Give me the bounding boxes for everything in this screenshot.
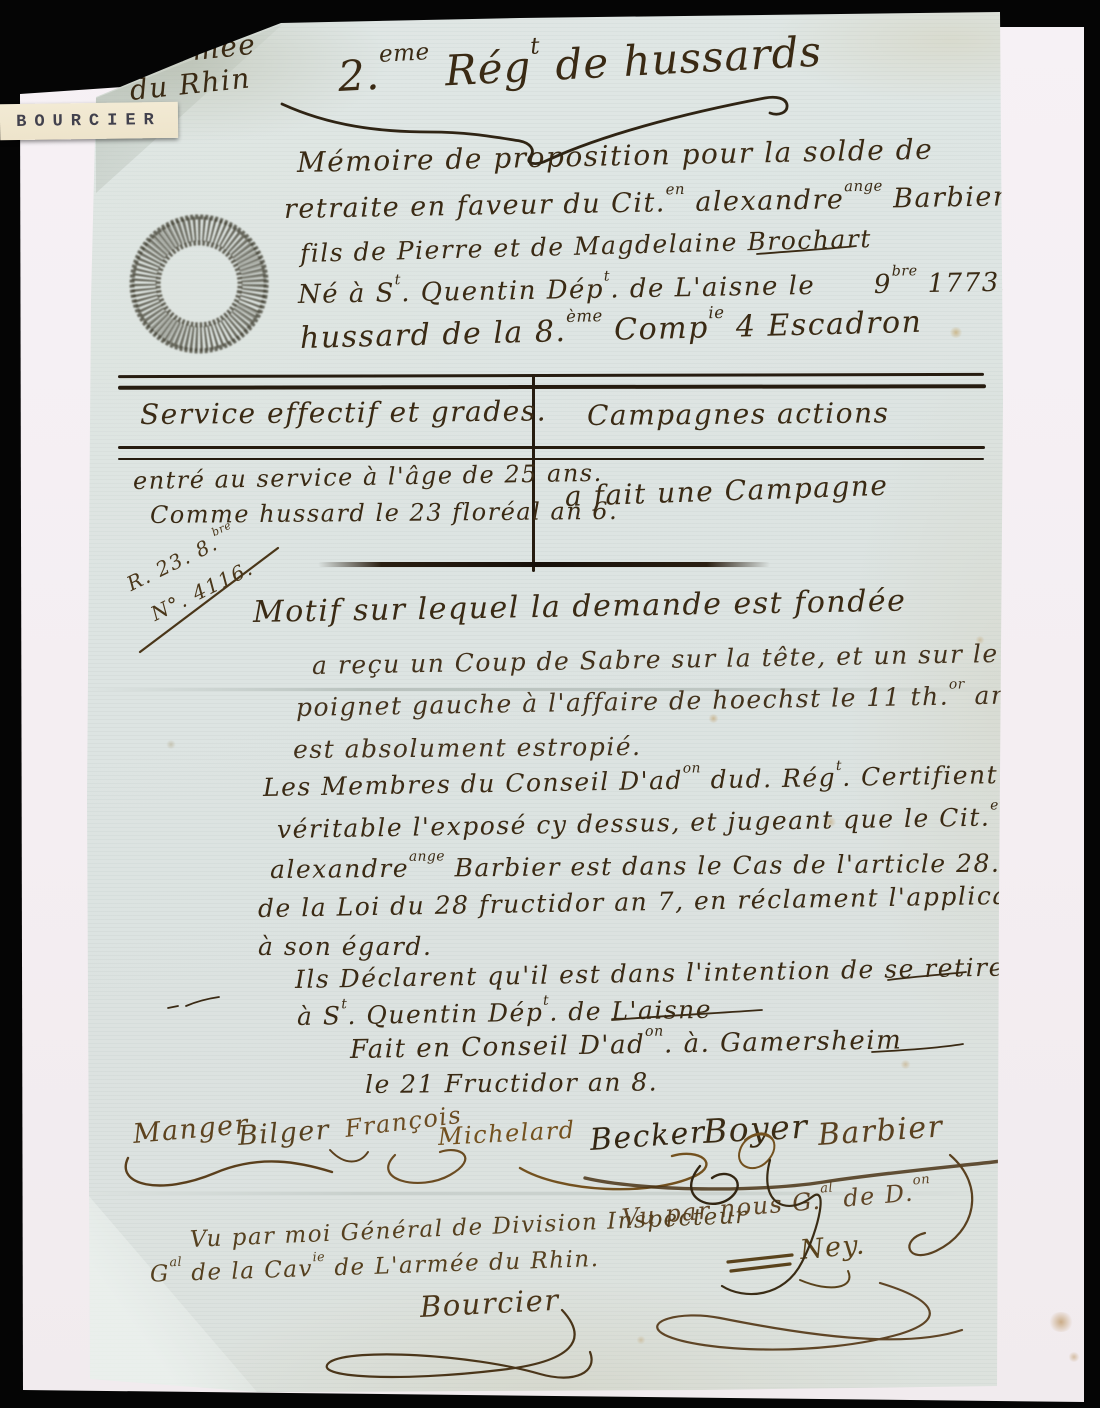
- signature-manger: Manger: [132, 1110, 250, 1150]
- table-rule-top-2: [118, 384, 986, 389]
- table-cell-campagnes: a fait une Campagne: [564, 471, 888, 513]
- motif-line: est absolument estropié.: [293, 733, 642, 764]
- closing-line: le 21 Fructidor an 8.: [365, 1068, 658, 1098]
- closing-line: Fait en Conseil D'adon. à. Gamersheim: [350, 1026, 903, 1064]
- intro-line: Né à St. Quentin Dépt. de L'aisne le 9br…: [298, 269, 1010, 310]
- signature-boyer: Boyer: [702, 1108, 809, 1150]
- council-line: alexandreange Barbier est dans le Cas de…: [270, 850, 1001, 884]
- signature-bilger: Bilger: [237, 1116, 331, 1152]
- table-rule-bottom: [318, 562, 770, 567]
- foxing-spot: [166, 740, 176, 749]
- signature-michelard: Michelard: [437, 1117, 576, 1151]
- motif-heading: Motif sur lequel la demande est fondée: [253, 585, 907, 629]
- table-rule-top-1: [118, 373, 984, 378]
- signature-bourcier: Bourcier: [419, 1285, 560, 1324]
- signature-becker: Becker: [589, 1116, 707, 1157]
- intro-line: hussard de la 8.ème Compie 4 Escadron: [300, 306, 923, 355]
- council-line: Les Membres du Conseil D'adon dud. Régt.…: [263, 761, 999, 801]
- regiment-title: 2.eme Régt de hussards: [337, 29, 823, 100]
- foxing-spot: [708, 714, 719, 723]
- table-rule-mid-1: [118, 446, 985, 449]
- vu-par-moi-note-line2: Gal de la Cavie de L'armée du Rhin.: [150, 1246, 600, 1288]
- foxing-spot: [900, 1060, 911, 1069]
- council-line: de la Loi du 28 fructidor an 7, en récla…: [258, 881, 1064, 923]
- circular-ink-stamp: [116, 201, 284, 369]
- signature-ney: Ney.: [799, 1230, 867, 1265]
- bourcier-label-text: BOURCIER: [16, 110, 162, 131]
- council-line: véritable l'exposé cy dessus, et jugeant…: [277, 803, 1009, 843]
- table-header-service: Service effectif et grades.: [140, 396, 547, 430]
- table-header-campagnes: Campagnes actions: [587, 398, 890, 431]
- document-page: Armée du Rhin 2.eme Régt de hussards Mém…: [0, 0, 1100, 1408]
- council-line: à son égard.: [258, 933, 432, 961]
- intro-line: retraite en faveur du Cit.en alexandrean…: [284, 182, 1008, 224]
- archive-photo: Armée du Rhin 2.eme Régt de hussards Mém…: [0, 0, 1100, 1408]
- vu-par-moi-note-line1: Vu par moi Général de Division Inspecteu…: [189, 1204, 748, 1254]
- mat-stain: [1048, 1312, 1074, 1332]
- bourcier-label: BOURCIER: [0, 102, 178, 140]
- foxing-spot: [636, 1336, 646, 1344]
- foxing-spot: [949, 327, 963, 338]
- signature-barbier: Barbier: [817, 1110, 945, 1152]
- intro-line: Mémoire de proposition pour la solde de: [297, 135, 934, 179]
- motif-line: a reçu un Coup de Sabre sur la tête, et …: [312, 640, 999, 679]
- intro-line: fils de Pierre et de Magdelaine Brochart: [300, 225, 873, 267]
- army-corner-note-line2: du Rhin: [128, 63, 252, 106]
- mat-stain: [1068, 1352, 1080, 1362]
